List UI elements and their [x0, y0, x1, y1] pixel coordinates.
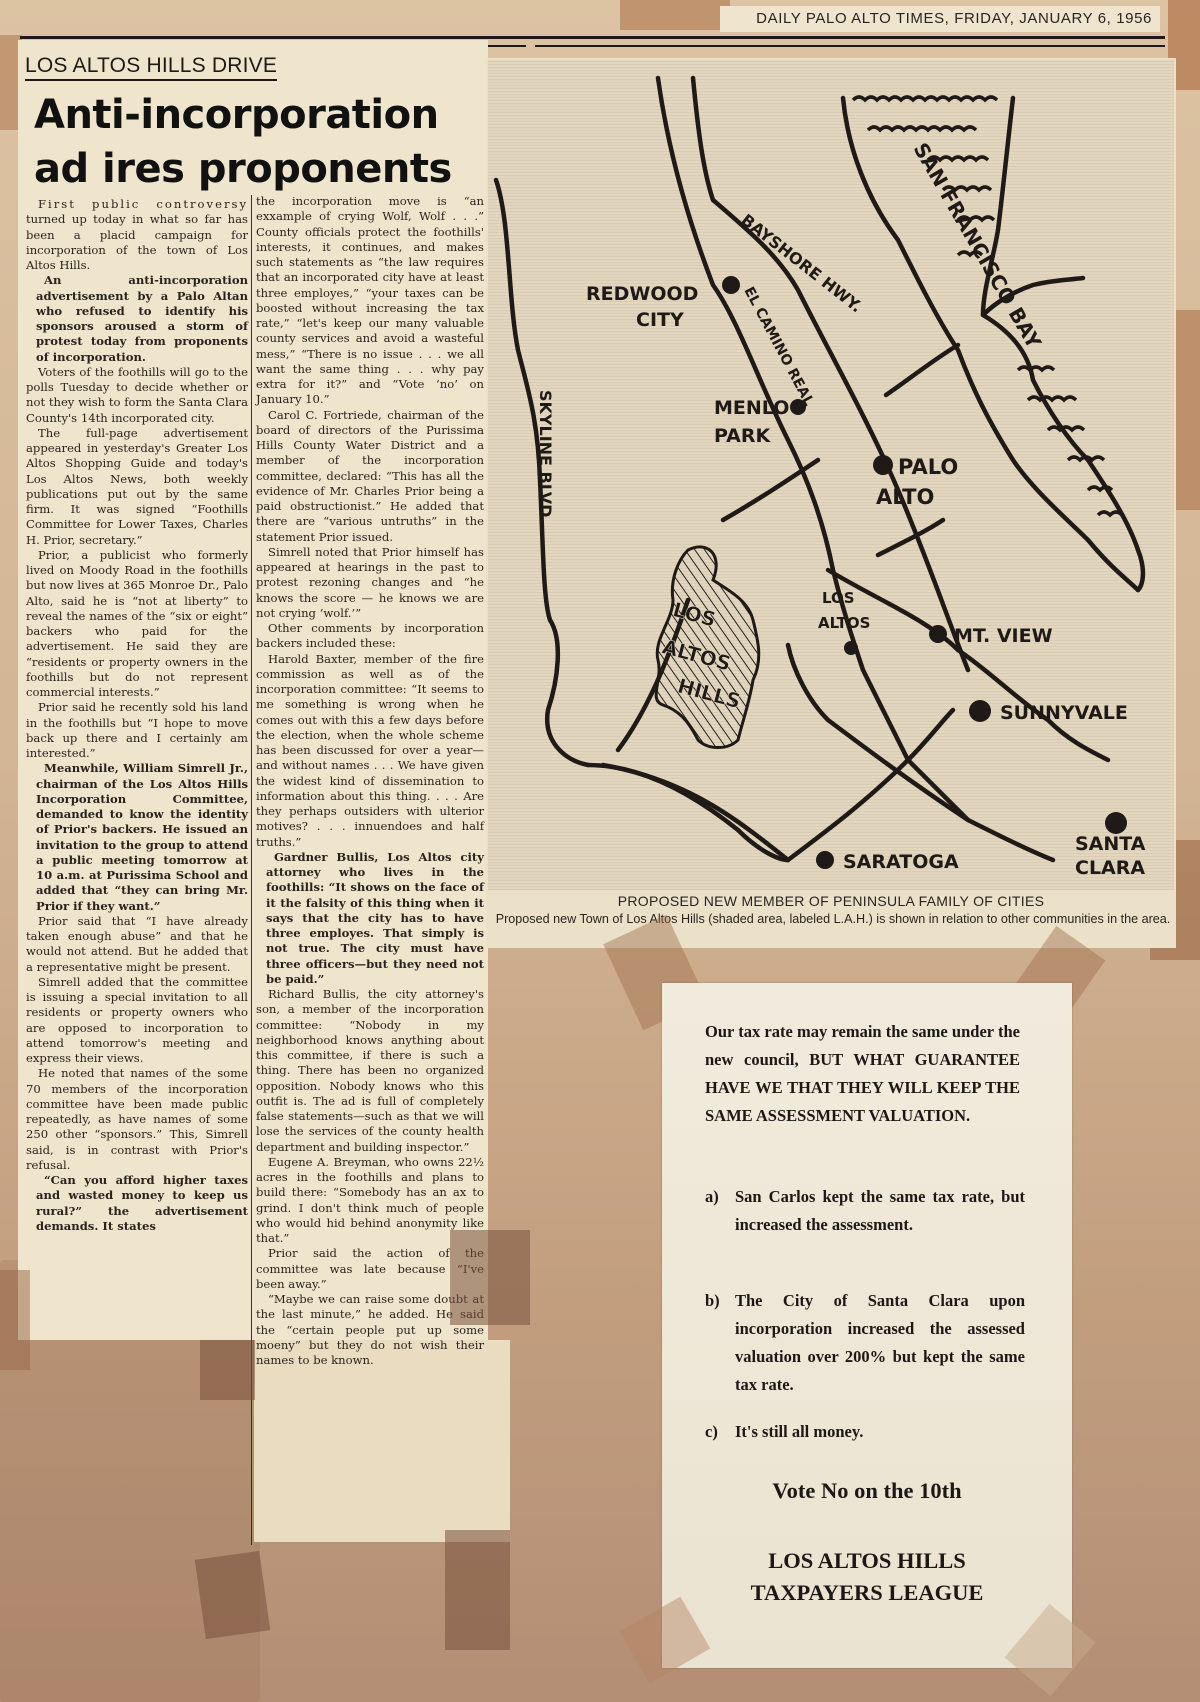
saratoga-marker — [816, 851, 834, 869]
tape-strip — [200, 1340, 255, 1400]
bay-shoreline — [843, 98, 1138, 590]
label-palo-alto: ALTO — [876, 485, 934, 509]
article-paragraph: Harold Baxter, member of the fire commis… — [256, 652, 484, 850]
label-los-altos: LOS — [822, 589, 855, 607]
label-santa-clara: CLARA — [1075, 857, 1145, 879]
redwood-city-marker — [722, 276, 740, 294]
headline-line-1: Anti-incorporation — [34, 88, 454, 142]
flyer-intro: Our tax rate may remain the same under t… — [705, 1018, 1020, 1130]
flyer-org-line-1: LOS ALTOS HILLS — [662, 1545, 1072, 1577]
headline-line-2: ad ires proponents — [34, 142, 454, 196]
flyer-item-text: San Carlos kept the same tax rate, but i… — [735, 1183, 1025, 1239]
article-headline: Anti-incorporation ad ires proponents — [34, 88, 454, 196]
tape-strip — [620, 0, 730, 30]
label-skyline-blvd: SKYLINE BLVD. — [536, 390, 555, 523]
sunnyvale-marker — [969, 700, 991, 722]
flyer-vote-slogan: Vote No on the 10th — [662, 1478, 1072, 1504]
flyer-item-label: a) — [705, 1183, 719, 1211]
article-paragraph: Gardner Bullis, Los Altos city attorney … — [256, 850, 484, 987]
flyer-item-label: b) — [705, 1287, 720, 1315]
map-caption-body: Proposed new Town of Los Altos Hills (sh… — [490, 911, 1176, 927]
flyer-organization: LOS ALTOS HILLS TAXPAYERS LEAGUE — [662, 1545, 1072, 1609]
label-palo-alto: PALO — [898, 455, 958, 479]
newspaper-masthead: DAILY PALO ALTO TIMES, FRIDAY, JANUARY 6… — [720, 6, 1160, 32]
article-paragraph: Meanwhile, William Simrell Jr., chairman… — [26, 761, 248, 914]
article-paragraph: Other comments by incorporation backers … — [256, 621, 484, 652]
article-paragraph: “Can you afford higher taxes and wasted … — [26, 1173, 248, 1234]
article-paragraph: Voters of the foothills will go to the p… — [26, 365, 248, 426]
article-column-1: First public controversy turned up today… — [26, 197, 248, 1234]
flyer-item-a: a) San Carlos kept the same tax rate, bu… — [705, 1183, 1025, 1239]
mt-view-marker — [929, 625, 947, 643]
tape-strip — [195, 1551, 271, 1639]
article-paragraph: Prior said that “I have already taken en… — [26, 914, 248, 975]
label-menlo-park: MENLO — [714, 397, 789, 419]
article-paragraph: First public controversy turned up today… — [26, 197, 248, 273]
label-santa-clara: SANTA — [1075, 833, 1146, 855]
label-redwood-city: REDWOOD — [586, 283, 698, 305]
flyer-org-line-2: TAXPAYERS LEAGUE — [662, 1577, 1072, 1609]
flyer-item-text: The City of Santa Clara upon incorporati… — [735, 1287, 1025, 1399]
tape-strip — [0, 1270, 30, 1370]
article-paragraph: Prior said he recently sold his land in … — [26, 700, 248, 761]
tape-strip — [450, 1230, 530, 1325]
flyer-item-label: c) — [705, 1418, 718, 1446]
coast-road — [588, 765, 788, 860]
santa-clara-marker — [1105, 812, 1127, 834]
map-caption-title: PROPOSED NEW MEMBER OF PENINSULA FAMILY … — [486, 893, 1176, 909]
los-altos-marker — [844, 641, 858, 655]
article-kicker: LOS ALTOS HILLS DRIVE — [25, 54, 277, 81]
palo-alto-marker — [873, 455, 893, 475]
article-paragraph: the incorporation move is “an exxample o… — [256, 194, 484, 408]
article-paragraph: Simrell noted that Prior himself has app… — [256, 545, 484, 621]
article-paragraph: Carol C. Fortriede, chairman of the boar… — [256, 408, 484, 545]
cross-road — [886, 345, 958, 395]
article-paragraph: Simrell added that the committee is issu… — [26, 975, 248, 1067]
saratoga-road — [788, 710, 953, 860]
flyer-item-c: c) It's still all money. — [705, 1418, 1025, 1446]
label-mt-view: MT. VIEW — [954, 625, 1053, 647]
article-paragraph: Richard Bullis, the city attorney's son,… — [256, 987, 484, 1155]
masthead-rule — [20, 36, 1165, 39]
label-los-altos: ALTOS — [818, 614, 870, 632]
article-paragraph: He noted that names of the some 70 membe… — [26, 1066, 248, 1173]
cross-road — [603, 765, 788, 860]
label-menlo-park: PARK — [714, 425, 772, 447]
label-san-francisco-bay: SAN FRANCISCO BAY — [909, 139, 1047, 354]
tape-strip — [445, 1530, 510, 1650]
flyer-item-text: It's still all money. — [735, 1418, 1025, 1446]
label-redwood-city: CITY — [636, 309, 684, 331]
article-paragraph: Prior, a publicist who formerly lived on… — [26, 548, 248, 701]
cross-road — [723, 460, 818, 520]
flyer-item-b: b) The City of Santa Clara upon incorpor… — [705, 1287, 1025, 1399]
article-column-2: the incorporation move is “an exxample o… — [256, 194, 484, 1368]
masthead-rule — [535, 45, 1165, 47]
article-paragraph: An anti-incorporation advertisement by a… — [26, 273, 248, 365]
label-sunnyvale: SUNNYVALE — [1000, 702, 1128, 724]
article-paragraph: The full-page advertisement appeared in … — [26, 426, 248, 548]
label-saratoga: SARATOGA — [843, 851, 959, 873]
article-clipping-continued — [254, 1340, 510, 1542]
peninsula-map: REDWOOD CITY MENLO PARK PALO ALTO LOS AL… — [488, 60, 1174, 890]
